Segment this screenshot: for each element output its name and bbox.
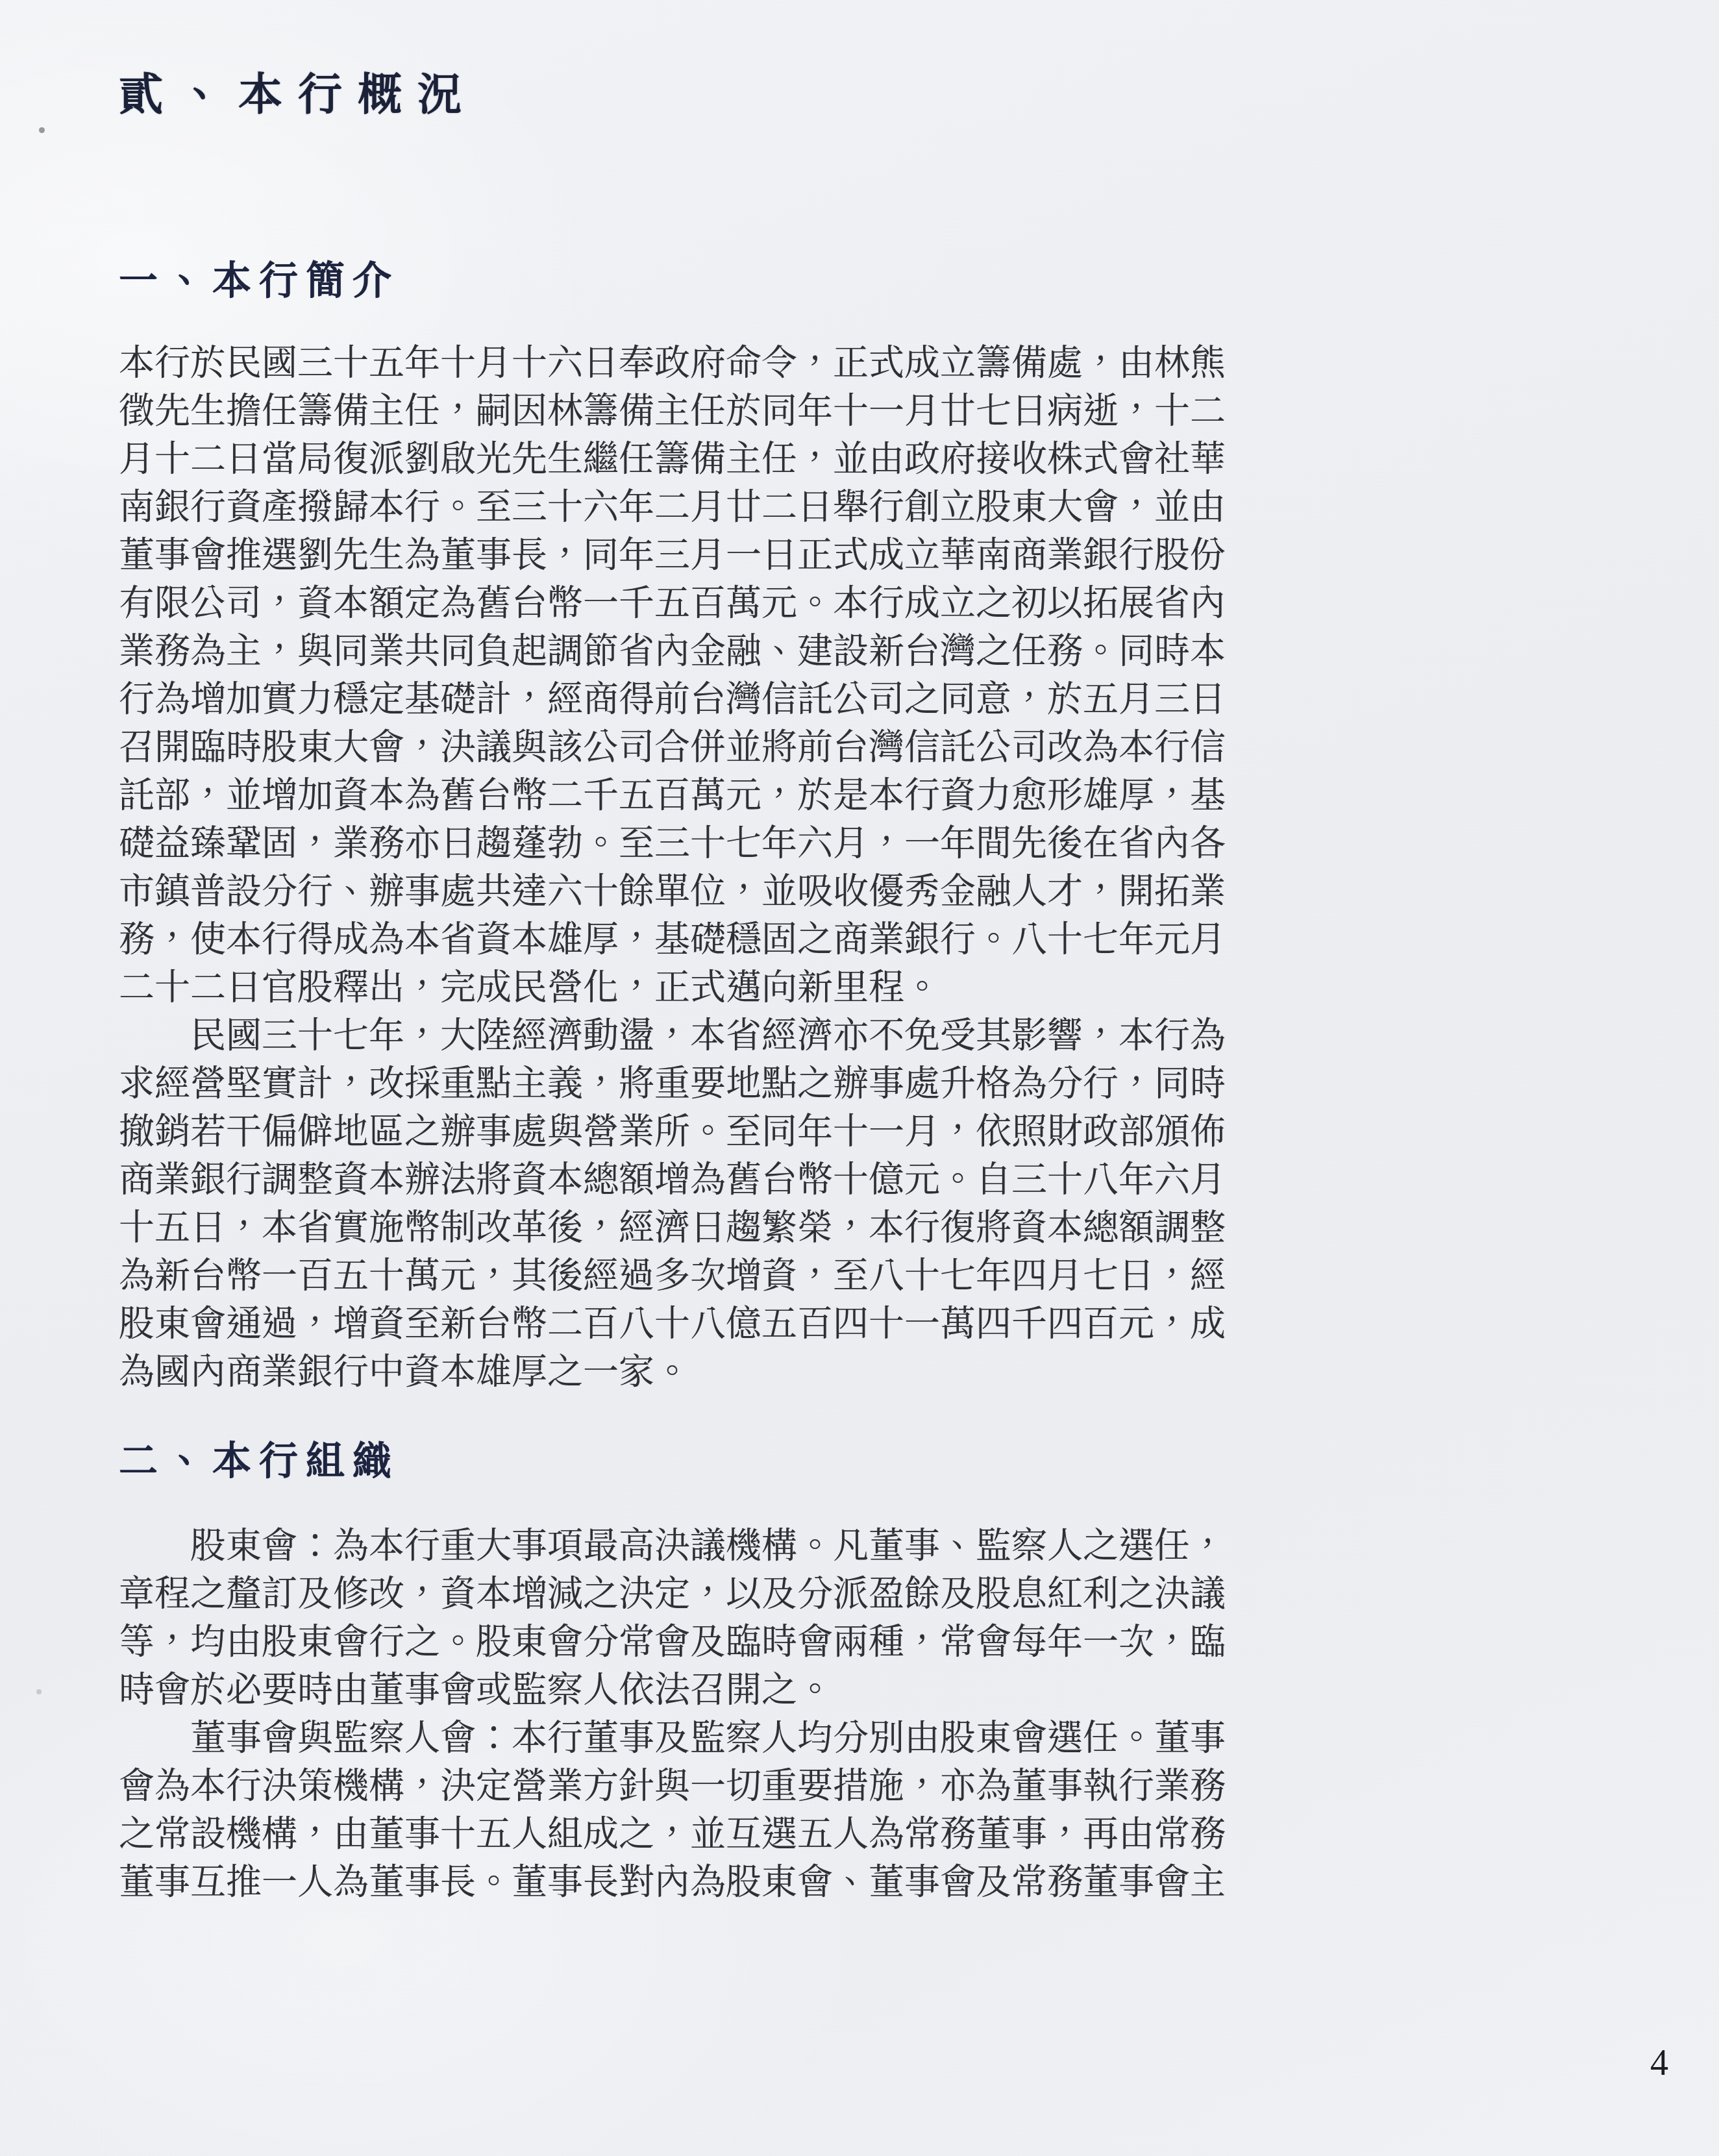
section-2-heading: 二、本行組織 bbox=[119, 1439, 1719, 1484]
text-line: 為國內商業銀行中資本雄厚之一家。 bbox=[119, 1348, 1229, 1396]
text-line: 行為增加實力穩定基礎計，經商得前台灣信託公司之同意，於五月三日 bbox=[119, 675, 1229, 723]
text-line: 會為本行決策機構，決定營業方針與一切重要措施，亦為董事執行業務 bbox=[119, 1762, 1229, 1810]
text-line: 本行於民國三十五年十月十六日奉政府命令，正式成立籌備處，由林熊 bbox=[119, 339, 1229, 387]
text-line: 時會於必要時由董事會或監察人依法召開之。 bbox=[119, 1666, 1229, 1714]
text-line: 召開臨時股東大會，決議與該公司合併並將前台灣信託公司改為本行信 bbox=[119, 723, 1229, 771]
text-line: 業務為主，與同業共同負起調節省內金融、建設新台灣之任務。同時本 bbox=[119, 627, 1229, 675]
section-organization: 二、本行組織 股東會：為本行重大事項最高決議機構。凡董事、監察人之選任，章程之釐… bbox=[0, 1439, 1719, 1906]
text-line: 股東會：為本行重大事項最高決議機構。凡董事、監察人之選任， bbox=[119, 1522, 1229, 1570]
paragraph: 民國三十七年，大陸經濟動盪，本省經濟亦不免受其影響，本行為求經營堅實計，改採重點… bbox=[119, 1011, 1229, 1396]
paragraph: 董事會與監察人會：本行董事及監察人均分別由股東會選任。董事會為本行決策機構，決定… bbox=[119, 1714, 1229, 1906]
text-line: 撤銷若干偏僻地區之辦事處與營業所。至同年十一月，依照財政部頒佈 bbox=[119, 1108, 1229, 1156]
scan-speck bbox=[36, 1689, 42, 1694]
text-line: 章程之釐訂及修改，資本增減之決定，以及分派盈餘及股息紅利之決議 bbox=[119, 1570, 1229, 1618]
text-line: 股東會通過，增資至新台幣二百八十八億五百四十一萬四千四百元，成 bbox=[119, 1300, 1229, 1348]
text-line: 之常設機構，由董事十五人組成之，並互選五人為常務董事，再由常務 bbox=[119, 1810, 1229, 1858]
text-line: 董事會推選劉先生為董事長，同年三月一日正式成立華南商業銀行股份 bbox=[119, 531, 1229, 579]
text-line: 徵先生擔任籌備主任，嗣因林籌備主任於同年十一月廿七日病逝，十二 bbox=[119, 387, 1229, 435]
text-line: 二十二日官股釋出，完成民營化，正式邁向新里程。 bbox=[119, 963, 1229, 1011]
text-line: 市鎮普設分行、辦事處共達六十餘單位，並吸收優秀金融人才，開拓業 bbox=[119, 867, 1229, 915]
text-line: 十五日，本省實施幣制改革後，經濟日趨繁榮，本行復將資本總額調整 bbox=[119, 1204, 1229, 1252]
text-line: 有限公司，資本額定為舊台幣一千五百萬元。本行成立之初以拓展省內 bbox=[119, 579, 1229, 627]
text-line: 礎益臻鞏固，業務亦日趨蓬勃。至三十七年六月，一年間先後在省內各 bbox=[119, 819, 1229, 867]
page-title: 貳、本行概況 bbox=[119, 65, 1719, 125]
text-line: 月十二日當局復派劉啟光先生繼任籌備主任，並由政府接收株式會社華 bbox=[119, 435, 1229, 483]
scan-speck bbox=[39, 127, 45, 133]
section-2-body: 股東會：為本行重大事項最高決議機構。凡董事、監察人之選任，章程之釐訂及修改，資本… bbox=[119, 1522, 1229, 1906]
section-1-body: 本行於民國三十五年十月十六日奉政府命令，正式成立籌備處，由林熊徵先生擔任籌備主任… bbox=[119, 339, 1229, 1396]
text-line: 商業銀行調整資本辦法將資本總額增為舊台幣十億元。自三十八年六月 bbox=[119, 1156, 1229, 1204]
paragraph: 本行於民國三十五年十月十六日奉政府命令，正式成立籌備處，由林熊徵先生擔任籌備主任… bbox=[119, 339, 1229, 1011]
text-line: 求經營堅實計，改採重點主義，將重要地點之辦事處升格為分行，同時 bbox=[119, 1059, 1229, 1108]
section-1-heading: 一、本行簡介 bbox=[119, 258, 1719, 304]
scanned-page: 貳、本行概況 一、本行簡介 本行於民國三十五年十月十六日奉政府命令，正式成立籌備… bbox=[0, 0, 1719, 2156]
paragraph: 股東會：為本行重大事項最高決議機構。凡董事、監察人之選任，章程之釐訂及修改，資本… bbox=[119, 1522, 1229, 1714]
page-number: 4 bbox=[1650, 2044, 1668, 2083]
text-line: 為新台幣一百五十萬元，其後經過多次增資，至八十七年四月七日，經 bbox=[119, 1252, 1229, 1300]
text-line: 務，使本行得成為本省資本雄厚，基礎穩固之商業銀行。八十七年元月 bbox=[119, 915, 1229, 963]
text-line: 等，均由股東會行之。股東會分常會及臨時會兩種，常會每年一次，臨 bbox=[119, 1618, 1229, 1666]
text-line: 民國三十七年，大陸經濟動盪，本省經濟亦不免受其影響，本行為 bbox=[119, 1011, 1229, 1059]
text-line: 南銀行資產撥歸本行。至三十六年二月廿二日舉行創立股東大會，並由 bbox=[119, 483, 1229, 531]
text-line: 董事會與監察人會：本行董事及監察人均分別由股東會選任。董事 bbox=[119, 1714, 1229, 1762]
text-line: 託部，並增加資本為舊台幣二千五百萬元，於是本行資力愈形雄厚，基 bbox=[119, 771, 1229, 819]
text-line: 董事互推一人為董事長。董事長對內為股東會、董事會及常務董事會主 bbox=[119, 1858, 1229, 1906]
section-introduction: 一、本行簡介 本行於民國三十五年十月十六日奉政府命令，正式成立籌備處，由林熊徵先… bbox=[0, 258, 1719, 1396]
